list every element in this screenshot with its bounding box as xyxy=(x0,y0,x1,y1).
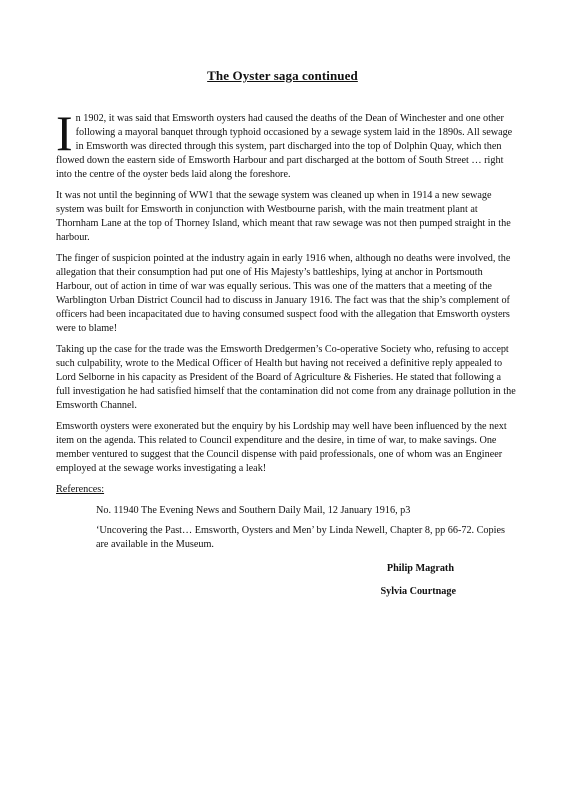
paragraph-4: Taking up the case for the trade was the… xyxy=(56,343,516,413)
paragraph-5: Emsworth oysters were exonerated but the… xyxy=(56,420,516,476)
paragraph-2: It was not until the beginning of WW1 th… xyxy=(56,189,516,245)
article-body: In 1902, it was said that Emsworth oyste… xyxy=(56,112,516,599)
paragraph-1: In 1902, it was said that Emsworth oyste… xyxy=(56,112,516,182)
author-signature: Sylvia Courtnage xyxy=(56,585,516,599)
document-page: The Oyster saga continued In 1902, it wa… xyxy=(0,0,565,800)
reference-item: No. 11940 The Evening News and Southern … xyxy=(96,504,516,518)
references-heading: References: xyxy=(56,483,516,497)
drop-cap: I xyxy=(56,113,73,153)
paragraph-1-text: n 1902, it was said that Emsworth oyster… xyxy=(56,113,512,180)
reference-item: ‘Uncovering the Past… Emsworth, Oysters … xyxy=(96,524,516,552)
author-signature: Philip Magrath xyxy=(56,562,516,576)
page-title: The Oyster saga continued xyxy=(0,68,565,84)
paragraph-3: The finger of suspicion pointed at the i… xyxy=(56,252,516,336)
